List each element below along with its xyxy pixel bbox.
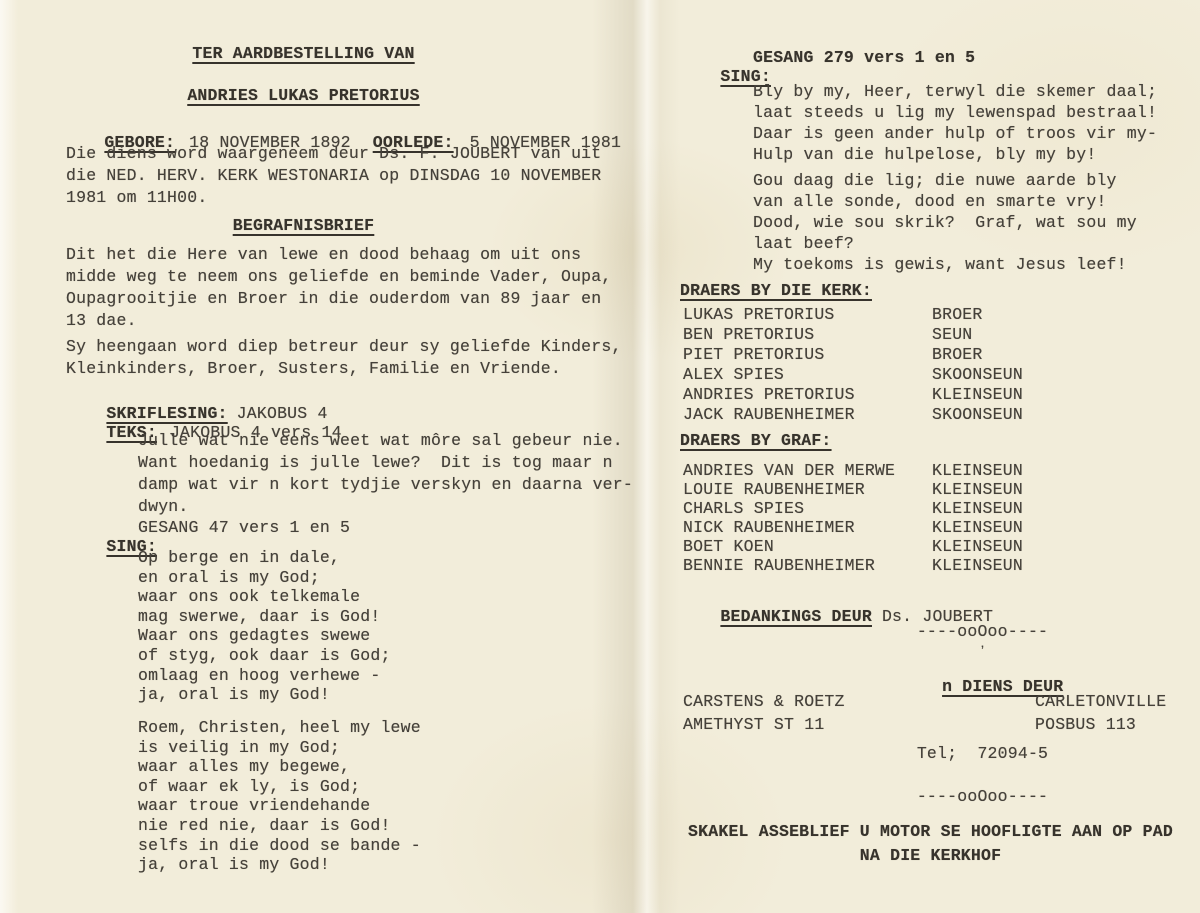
undertaker-town: CARLETONVILLE (1035, 692, 1166, 711)
bearer-relation: KLEINSEUN (932, 499, 1023, 518)
bearer-row: ALEX SPIES SKOONSEUN (683, 365, 1200, 384)
scripture-quote: Julle wat nie eens weet wat môre sal geb… (138, 430, 633, 518)
program-title: TER AARDBESTELLING VAN (66, 44, 541, 63)
bearers-grave-title: DRAERS BY GRAF: (680, 431, 832, 450)
bearer-row: BENNIE RAUBENHEIMER KLEINSEUN (683, 556, 1200, 575)
mourning-paragraph: Sy heengaan word diep betreur deur sy ge… (66, 336, 622, 380)
telephone-line: Tel; 72094-5 (678, 744, 1200, 763)
bearer-relation: SKOONSEUN (932, 365, 1023, 384)
bearer-row: BOET KOEN KLEINSEUN (683, 537, 1200, 556)
bearer-relation: KLEINSEUN (932, 480, 1023, 499)
divider-ornament: ----ooOoo---- (678, 787, 1200, 806)
bearer-relation: KLEINSEUN (932, 385, 1023, 404)
hymn-47-verse-1: Op berge en in dale, en oral is my God; … (138, 548, 391, 705)
apostrophe-mark: ʼ (678, 648, 1200, 658)
bearer-name: ANDRIES VAN DER MERWE (683, 461, 895, 480)
bearer-name: BOET KOEN (683, 537, 774, 556)
bearer-relation: BROER (932, 345, 983, 364)
bearer-row: LOUIE RAUBENHEIMER KLEINSEUN (683, 480, 1200, 499)
bearer-relation: KLEINSEUN (932, 537, 1023, 556)
bearer-name: LUKAS PRETORIUS (683, 305, 835, 324)
sing-value-left: GESANG 47 vers 1 en 5 (138, 518, 350, 537)
bearer-row: ANDRIES PRETORIUS KLEINSEUN (683, 385, 1200, 404)
bearer-row: CHARLS SPIES KLEINSEUN (683, 499, 1200, 518)
obituary-paragraph: Dit het die Here van lewe en dood behaag… (66, 244, 612, 332)
bearer-relation: KLEINSEUN (932, 518, 1023, 537)
undertaker-postal: POSBUS 113 (1035, 715, 1136, 734)
bearer-relation: SEUN (932, 325, 972, 344)
bearer-name: JACK RAUBENHEIMER (683, 405, 855, 424)
bearer-row: JACK RAUBENHEIMER SKOONSEUN (683, 405, 1200, 424)
hymn-279-verse-1: Bly by my, Heer, terwyl die skemer daal;… (753, 81, 1157, 165)
deceased-name: ANDRIES LUKAS PRETORIUS (66, 86, 541, 105)
bearer-name: BENNIE RAUBENHEIMER (683, 556, 875, 575)
bearer-row: NICK RAUBENHEIMER KLEINSEUN (683, 518, 1200, 537)
bearer-name: ALEX SPIES (683, 365, 784, 384)
bearer-row: BEN PRETORIUS SEUN (683, 325, 1200, 344)
bearer-row: ANDRIES VAN DER MERWE KLEINSEUN (683, 461, 1200, 480)
bearer-row: PIET PRETORIUS BROER (683, 345, 1200, 364)
hymn-279-verse-2: Gou daag die lig; die nuwe aarde bly van… (753, 170, 1137, 275)
bearer-name: NICK RAUBENHEIMER (683, 518, 855, 537)
headlights-notice: SKAKEL ASSEBLIEF U MOTOR SE HOOFLIGTE AA… (678, 820, 1183, 868)
bearer-name: CHARLS SPIES (683, 499, 804, 518)
bearer-relation: KLEINSEUN (932, 556, 1023, 575)
bearer-name: BEN PRETORIUS (683, 325, 814, 344)
service-details-paragraph: Die diens word waargeneem deur Ds. F. JO… (66, 143, 601, 209)
undertaker-address: AMETHYST ST 11 (683, 715, 824, 734)
section-title-begrafnisbrief: BEGRAFNISBRIEF (66, 216, 541, 235)
bearer-name: PIET PRETORIUS (683, 345, 824, 364)
bearer-relation: BROER (932, 305, 983, 324)
undertaker-name: CARSTENS & ROETZ (683, 692, 845, 711)
hymn-47-verse-2: Roem, Christen, heel my lewe is veilig i… (138, 718, 421, 875)
bearer-name: ANDRIES PRETORIUS (683, 385, 855, 404)
divider-ornament: ----ooOoo---- (678, 622, 1200, 641)
bearer-name: LOUIE RAUBENHEIMER (683, 480, 865, 499)
funeral-program-sheet: TER AARDBESTELLING VAN ANDRIES LUKAS PRE… (0, 0, 1200, 913)
bearer-row: LUKAS PRETORIUS BROER (683, 305, 1200, 324)
sing-value-right: GESANG 279 vers 1 en 5 (753, 48, 975, 67)
bearer-relation: KLEINSEUN (932, 461, 1023, 480)
bearers-church-title: DRAERS BY DIE KERK: (680, 281, 872, 300)
bearer-relation: SKOONSEUN (932, 405, 1023, 424)
